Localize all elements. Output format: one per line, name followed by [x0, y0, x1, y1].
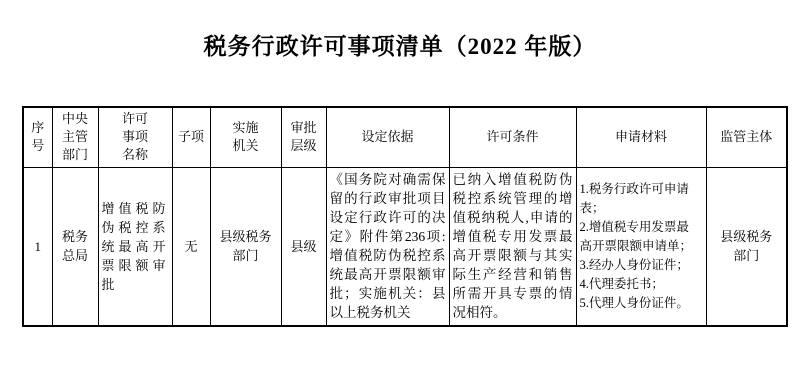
- page-title: 税务行政许可事项清单（2022 年版）: [0, 28, 800, 61]
- cell-basis: 《国务院对确需保留的行政审批项目设定行政许可的决定》附件第236项:增值税防伪税…: [326, 167, 449, 326]
- column-header-seq: 序 号: [23, 107, 52, 167]
- column-header-materials: 申请材料: [576, 107, 706, 167]
- column-header-agency: 实施 机关: [210, 107, 281, 167]
- cell-item-name: 增值税防伪税控系统最高开票限额审批: [98, 167, 172, 326]
- column-header-sub-item: 子项: [172, 107, 210, 167]
- table-row: 1 税务 总局 增值税防伪税控系统最高开票限额审批 无 县级税务 部门 县级 《…: [23, 167, 787, 326]
- document-page: 税务行政许可事项清单（2022 年版） 序 号 中央 主管 部门 许可 事项 名…: [0, 0, 800, 370]
- tax-license-table: 序 号 中央 主管 部门 许可 事项 名称 子项 实施 机关 审批 层级 设定依…: [22, 106, 788, 327]
- cell-materials: 1.税务行政许可申请 表； 2.增值税专用发票最 高开票限额申请单； 3.经办人…: [576, 167, 706, 326]
- column-header-department: 中央 主管 部门: [52, 107, 98, 167]
- cell-seq: 1: [23, 167, 52, 326]
- column-header-level: 审批 层级: [281, 107, 326, 167]
- cell-agency: 县级税务 部门: [210, 167, 281, 326]
- header-row: 序 号 中央 主管 部门 许可 事项 名称 子项 实施 机关 审批 层级 设定依…: [23, 107, 787, 167]
- column-header-supervisor: 监管主体: [706, 107, 787, 167]
- cell-supervisor: 县级税务 部门: [706, 167, 787, 326]
- cell-sub-item: 无: [172, 167, 210, 326]
- cell-department: 税务 总局: [52, 167, 98, 326]
- column-header-basis: 设定依据: [326, 107, 449, 167]
- column-header-item-name: 许可 事项 名称: [98, 107, 172, 167]
- cell-level: 县级: [281, 167, 326, 326]
- cell-conditions: 已纳入增值税防伪税控系统管理的增值税纳税人,申请的增值税专用发票最高开票限额与其…: [449, 167, 576, 326]
- column-header-conditions: 许可条件: [449, 107, 576, 167]
